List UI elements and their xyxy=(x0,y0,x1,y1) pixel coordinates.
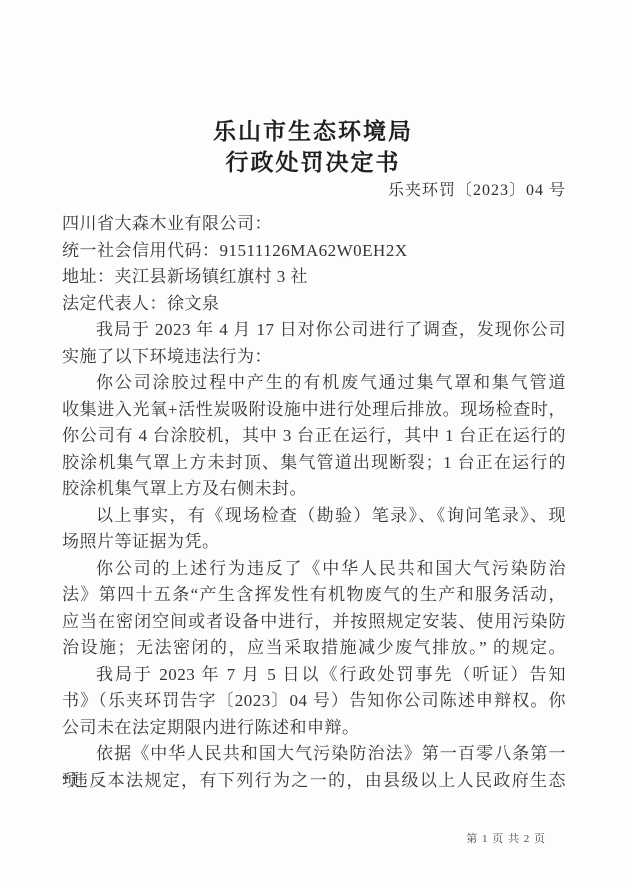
document-text-line: 你公司的上述行为违反了《中华人民共和国大气污染防治 xyxy=(62,556,566,583)
document-text-line: 治设施；无法密闭的，应当采取措施减少废气排放。” 的规定。 xyxy=(62,635,566,662)
document-text-line: 法定代表人：徐文泉 xyxy=(62,291,566,318)
document-text-line: 应当在密闭空间或者设备中进行，并按照规定安装、使用污染防 xyxy=(62,609,566,636)
document-text-line: “违反本法规定，有下列行为之一的，由县级以上人民政府生态 xyxy=(62,768,566,795)
document-text-line: 我局于 2023 年 7 月 5 日以《行政处罚事先（听证）告知 xyxy=(62,662,566,689)
document-text-line: 公司未在法定期限内进行陈述和申辩。 xyxy=(62,715,566,742)
document-text-line: 统一社会信用代码：91511126MA62W0EH2X xyxy=(62,238,566,265)
document-text-line: 四川省大森木业有限公司： xyxy=(62,211,566,238)
document-text-line: 地址：夹江县新场镇红旗村 3 社 xyxy=(62,264,566,291)
document-text-line: 胶涂机集气罩上方及右侧未封。 xyxy=(62,476,566,503)
document-text-line: 你公司有 4 台涂胶机，其中 3 台正在运行，其中 1 台正在运行的 xyxy=(62,423,566,450)
document-title-agency: 乐山市生态环境局 xyxy=(0,116,626,147)
document-text-line: 胶涂机集气罩上方未封顶、集气管道出现断裂；1 台正在运行的 xyxy=(62,450,566,477)
document-text-line: 我局于 2023 年 4 月 17 日对你公司进行了调查，发现你公司 xyxy=(62,317,566,344)
document-text-line: 以上事实，有《现场检查（勘验）笔录》、《询问笔录》、现 xyxy=(62,503,566,530)
document-text-line: 依据《中华人民共和国大气污染防治法》第一百零八条第一项 xyxy=(62,741,566,768)
document-number: 乐夹环罚〔2023〕04 号 xyxy=(62,181,566,201)
page-number: 第 1 页 共 2 页 xyxy=(62,830,546,846)
document-text-line: 书》（乐夹环罚告字〔2023〕04 号）告知你公司陈述申辩权。你 xyxy=(62,688,566,715)
document-body: 四川省大森木业有限公司：统一社会信用代码：91511126MA62W0EH2X地… xyxy=(62,211,566,794)
document-text-line: 法》第四十五条“产生含挥发性有机物废气的生产和服务活动， xyxy=(62,582,566,609)
document-text-line: 你公司涂胶过程中产生的有机废气通过集气罩和集气管道 xyxy=(62,370,566,397)
document-text-line: 场照片等证据为凭。 xyxy=(62,529,566,556)
scanned-document-page: 乐山市生态环境局 行政处罚决定书 乐夹环罚〔2023〕04 号 四川省大森木业有… xyxy=(0,0,626,887)
document-text-line: 实施了以下环境违法行为： xyxy=(62,344,566,371)
document-title-block: 乐山市生态环境局 行政处罚决定书 xyxy=(0,116,626,178)
document-text-line: 收集进入光氧+活性炭吸附设施中进行处理后排放。现场检查时， xyxy=(62,397,566,424)
document-title-type: 行政处罚决定书 xyxy=(0,147,626,178)
